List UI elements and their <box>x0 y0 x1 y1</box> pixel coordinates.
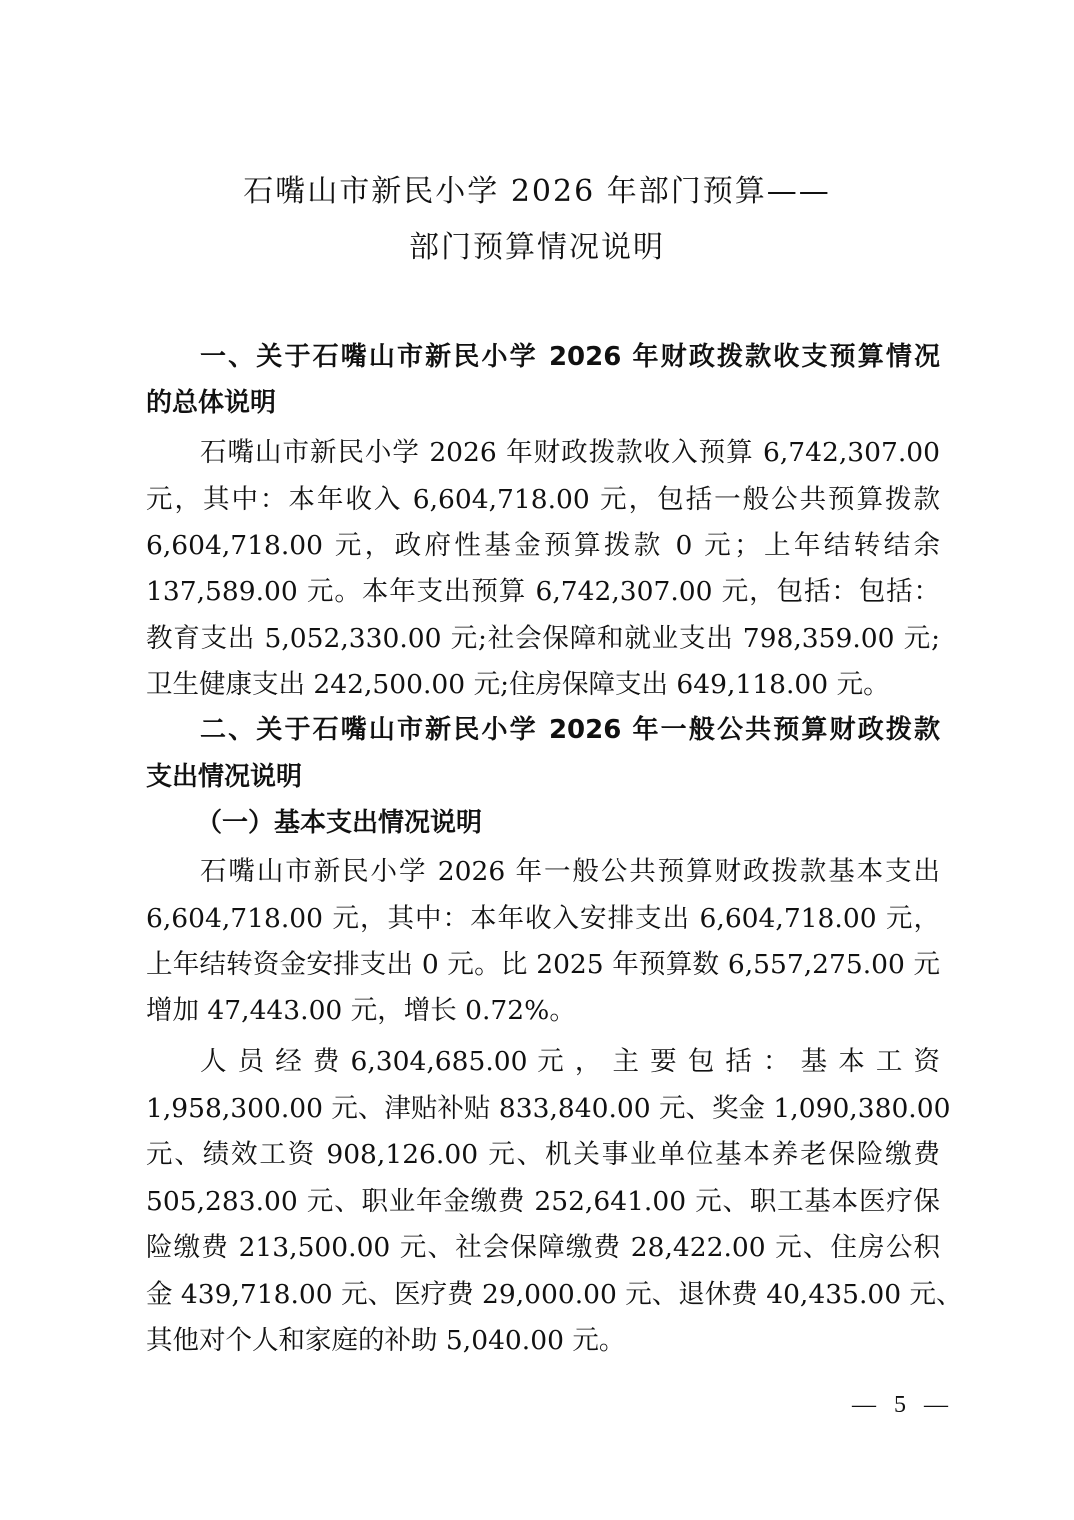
section-1-paragraph-line: 137,589.00 元。本年支出预算 6,742,307.00 元，包括：包括… <box>146 569 940 608</box>
document-title-line-2: 部门预算情况说明 <box>0 222 1074 266</box>
personnel-expenses-line: 1,958,300.00 元、津贴补贴 833,840.00 元、奖金 1,09… <box>146 1086 940 1125</box>
section-1-paragraph-line: 元，其中：本年收入 6,604,718.00 元，包括一般公共预算拨款 <box>146 477 940 516</box>
personnel-expenses-line: 其他对个人和家庭的补助 5,040.00 元。 <box>146 1318 940 1357</box>
page-number: — 5 — <box>852 1392 954 1419</box>
document-page: 石嘴山市新民小学 2026 年部门预算—— 部门预算情况说明 一、关于石嘴山市新… <box>0 0 1074 1520</box>
personnel-expenses-line: 人 员 经 费 6,304,685.00 元 ， 主 要 包 括 ： 基 本 工… <box>200 1039 940 1078</box>
section-1-paragraph-line: 卫生健康支出 242,500.00 元;住房保障支出 649,118.00 元。 <box>146 662 940 701</box>
section-2-heading-cont: 支出情况说明 <box>146 756 940 793</box>
subsection-paragraph-line: 石嘴山市新民小学 2026 年一般公共预算财政拨款基本支出 <box>200 849 940 888</box>
subsection-paragraph-line: 6,604,718.00 元，其中：本年收入安排支出 6,604,718.00 … <box>146 896 940 935</box>
section-1-paragraph-line: 6,604,718.00 元，政府性基金预算拨款 0 元；上年结转结余 <box>146 523 940 562</box>
subsection-1-heading: （一）基本支出情况说明 <box>196 802 936 839</box>
personnel-expenses-line: 505,283.00 元、职业年金缴费 252,641.00 元、职工基本医疗保 <box>146 1179 940 1218</box>
document-title-line-1: 石嘴山市新民小学 2026 年部门预算—— <box>0 166 1074 210</box>
subsection-paragraph-line: 上年结转资金安排支出 0 元。比 2025 年预算数 6,557,275.00 … <box>146 942 940 981</box>
section-2-heading: 二、关于石嘴山市新民小学 2026 年一般公共预算财政拨款 <box>200 709 940 746</box>
subsection-paragraph-line: 增加 47,443.00 元，增长 0.72%。 <box>146 988 940 1027</box>
personnel-expenses-line: 金 439,718.00 元、医疗费 29,000.00 元、退休费 40,43… <box>146 1272 940 1311</box>
personnel-expenses-line: 元、绩效工资 908,126.00 元、机关事业单位基本养老保险缴费 <box>146 1132 940 1171</box>
personnel-expenses-line: 险缴费 213,500.00 元、社会保障缴费 28,422.00 元、住房公积 <box>146 1225 940 1264</box>
section-1-heading: 一、关于石嘴山市新民小学 2026 年财政拨款收支预算情况 <box>200 336 940 373</box>
section-1-paragraph-line: 教育支出 5,052,330.00 元;社会保障和就业支出 798,359.00… <box>146 616 940 655</box>
section-1-heading-cont: 的总体说明 <box>146 382 940 419</box>
section-1-paragraph-line: 石嘴山市新民小学 2026 年财政拨款收入预算 6,742,307.00 <box>200 430 940 469</box>
